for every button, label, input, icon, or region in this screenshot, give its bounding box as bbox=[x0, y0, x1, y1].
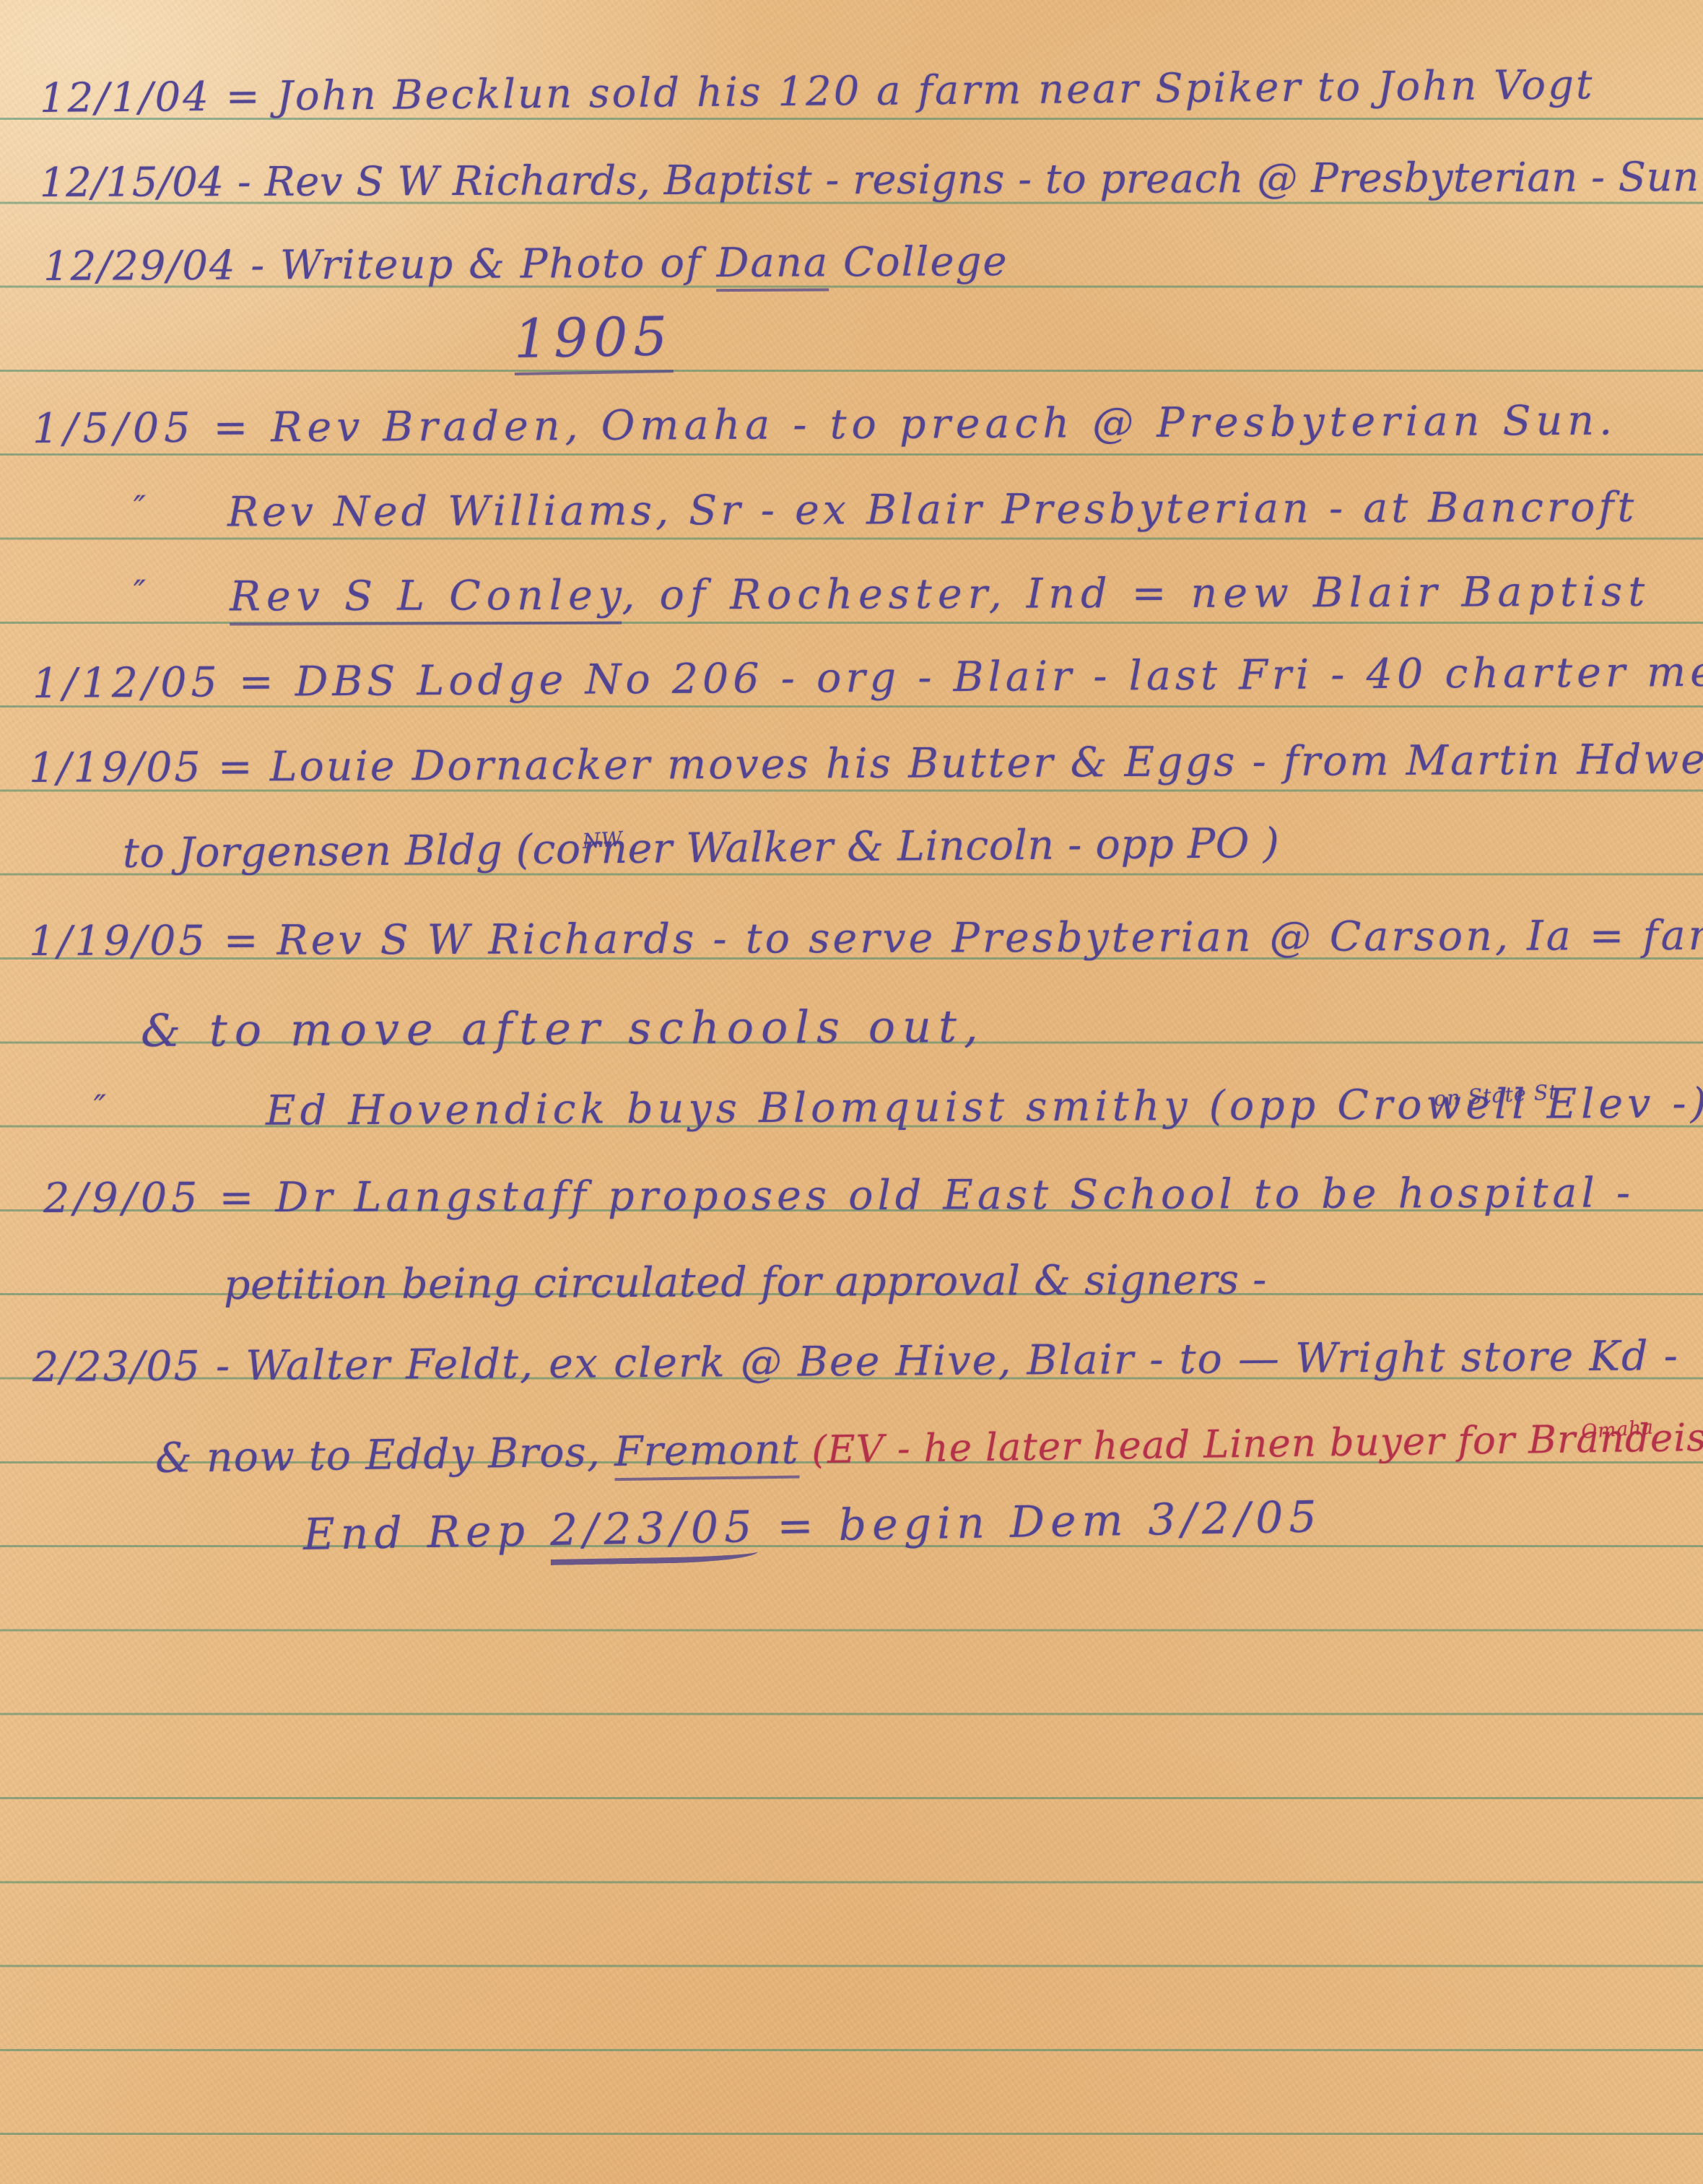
superscript-note: NW bbox=[581, 827, 623, 853]
entry-text: to Jorgensen Bldg ( bbox=[123, 826, 533, 877]
entry-text: & now to Eddy Bros, bbox=[155, 1428, 615, 1482]
entry-1905-02-09: 2/9/05 = Dr Langstaff proposes old East … bbox=[43, 1170, 1634, 1222]
entry-1905-02-09-cont: petition being circulated for approval &… bbox=[224, 1256, 1267, 1309]
underlined-word: Dana bbox=[716, 239, 829, 292]
entry-1905-01-05: 1/5/05 = Rev Braden, Omaha - to preach @… bbox=[32, 398, 1617, 453]
entry-text: 2/9/05 = Dr Langstaff proposes old East … bbox=[43, 1169, 1634, 1222]
ditto-mark: ″ bbox=[134, 490, 149, 527]
entry-1905-01-19-b-cont: & to move after schools out, bbox=[141, 1001, 985, 1056]
entry-text: Rev Ned Williams, Sr - ex Blair Presbyte… bbox=[227, 484, 1638, 536]
underlined-word: Fremont bbox=[614, 1426, 800, 1482]
entry-text: Walker & Lincoln - opp PO ) bbox=[672, 819, 1279, 872]
entry-1904-12-29: 12/29/04 - Writeup & Photo of Dana Colle… bbox=[43, 239, 1009, 290]
entry-text: = begin Dem 3/2/05 bbox=[757, 1492, 1323, 1552]
entry-text: & to move after schools out, bbox=[141, 1000, 985, 1057]
year-header-text: 1905 bbox=[513, 305, 674, 375]
ditto-mark: ″ bbox=[94, 1089, 110, 1127]
ditto-mark: ″ bbox=[134, 574, 152, 612]
entry-1905-01-19-c: ″Ed Hovendick buys Blomquist smithy (opp… bbox=[94, 1080, 1703, 1136]
entry-text: -) bbox=[1655, 1079, 1703, 1127]
entry-text: 1/5/05 = Rev Braden, Omaha - to preach @… bbox=[32, 397, 1617, 453]
red-annotation-text: (EV - he later head Linen buyer for bbox=[798, 1417, 1528, 1472]
annotated-word: on State StCrowell Elev bbox=[1337, 1081, 1655, 1130]
annotated-word: NWcorner bbox=[532, 825, 673, 874]
entry-text: 1/19/05 = Louie Dornacker moves his Butt… bbox=[29, 735, 1703, 792]
underlined-date: 2/23/05 bbox=[549, 1502, 758, 1565]
entry-1905-01-19-cont: to Jorgensen Bldg (NWcorner Walker & Lin… bbox=[123, 820, 1280, 878]
annotated-word: OmahaBrandeis bbox=[1528, 1416, 1703, 1462]
year-header: 1905 bbox=[513, 306, 674, 370]
entry-1904-12-15: 12/15/04 - Rev S W Richards, Baptist - r… bbox=[40, 155, 1699, 206]
entry-text: petition being circulated for approval &… bbox=[224, 1256, 1267, 1309]
entry-1905-01-19-b: 1/19/05 = Rev S W Richards - to serve Pr… bbox=[29, 912, 1703, 965]
entry-text: , of Rochester, Ind = new Blair Baptist bbox=[622, 568, 1650, 619]
entry-text: 1/19/05 = Rev S W Richards - to serve Pr… bbox=[29, 911, 1703, 965]
entry-text: Ed Hovendick buys Blomquist smithy (opp bbox=[266, 1082, 1338, 1135]
entry-text: 12/29/04 - Writeup & Photo of bbox=[43, 240, 717, 290]
entry-text: 12/15/04 - Rev S W Richards, Baptist - r… bbox=[40, 154, 1699, 206]
entry-1905-01-05-c: ″Rev S L Conley, of Rochester, Ind = new… bbox=[134, 569, 1650, 622]
underlined-name: Rev S L Conley bbox=[230, 572, 622, 626]
entry-1905-01-19: 1/19/05 = Louie Dornacker moves his Butt… bbox=[29, 736, 1703, 793]
entry-1905-01-05-b: ″Rev Ned Williams, Sr - ex Blair Presbyt… bbox=[134, 484, 1638, 537]
entry-text: End Rep bbox=[302, 1505, 550, 1560]
entry-text: College bbox=[829, 238, 1009, 286]
